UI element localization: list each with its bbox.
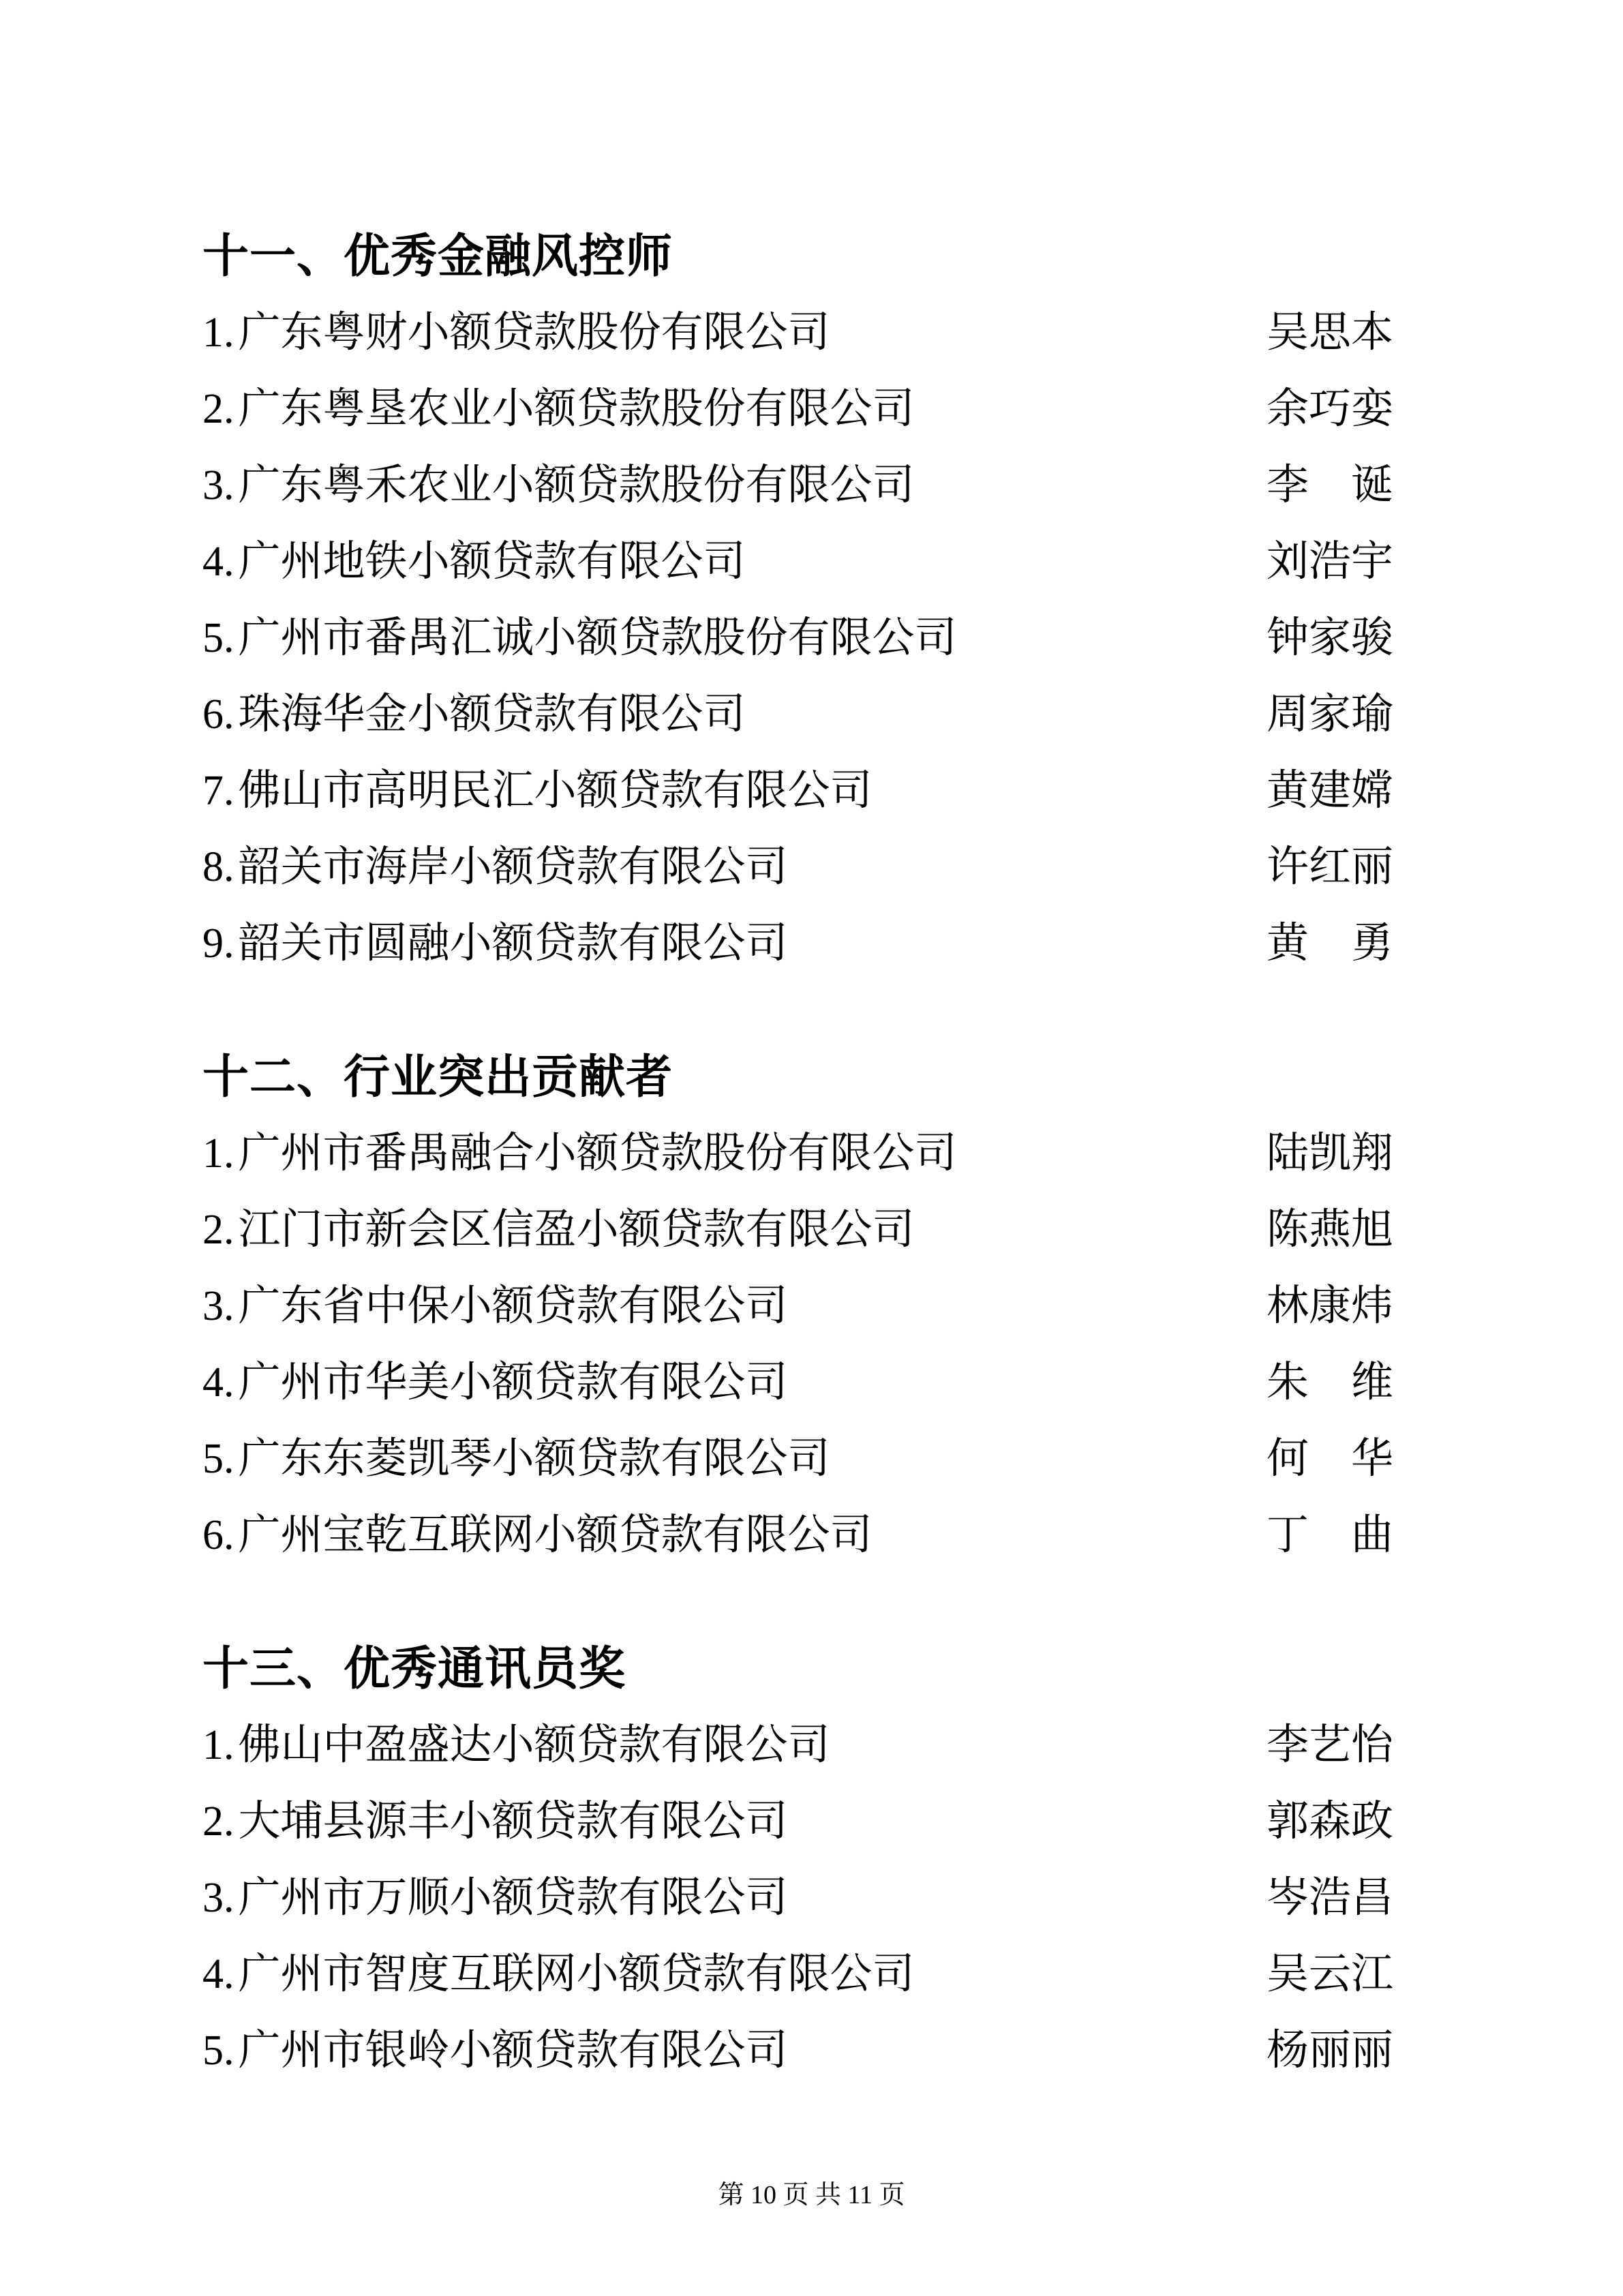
list-item: 4.广州市智度互联网小额贷款有限公司吴云江 xyxy=(202,1936,1423,2012)
item-number: 4. xyxy=(202,1344,234,1421)
company-name: 广东粤财小额贷款股份有限公司 xyxy=(239,309,830,356)
item-number: 4. xyxy=(202,524,234,600)
company-name: 大埔县源丰小额贷款有限公司 xyxy=(239,1798,788,1845)
company-name: 广州市万顺小额贷款有限公司 xyxy=(239,1875,788,1921)
page-footer: 第 10 页 共 11 页 xyxy=(0,2179,1623,2211)
item-number: 6. xyxy=(202,1497,234,1573)
winner-name: 钟家骏 xyxy=(1266,600,1393,676)
list-item: 7.佛山市高明民汇小额贷款有限公司黄建嫦 xyxy=(202,753,1423,829)
list-item: 5.广东东菱凯琴小额贷款有限公司何 华 xyxy=(202,1421,1423,1497)
item-number: 2. xyxy=(202,1192,234,1268)
winner-name: 刘浩宇 xyxy=(1266,524,1393,600)
document-page: 十一、优秀金融风控师1.广东粤财小额贷款股份有限公司吴思本2.广东粤垦农业小额贷… xyxy=(0,0,1623,2296)
winner-name: 陆凯翔 xyxy=(1266,1115,1393,1192)
item-number: 1. xyxy=(202,294,234,371)
list-item: 5.广州市银岭小额贷款有限公司杨丽丽 xyxy=(202,2012,1423,2089)
section-title: 十三、优秀通讯员奖 xyxy=(202,1631,1423,1707)
company-name: 广州市番禺汇诚小额贷款股份有限公司 xyxy=(239,615,957,661)
list-item: 4.广州地铁小额贷款有限公司刘浩宇 xyxy=(202,524,1423,600)
item-number: 9. xyxy=(202,905,234,982)
item-number: 2. xyxy=(202,1783,234,1860)
company-name: 广州市银岭小额贷款有限公司 xyxy=(239,2027,788,2074)
item-number: 6. xyxy=(202,676,234,753)
item-number: 5. xyxy=(202,2012,234,2089)
section-title: 十一、优秀金融风控师 xyxy=(202,218,1423,294)
winner-name: 朱 维 xyxy=(1266,1344,1393,1421)
list-item: 5.广州市番禺汇诚小额贷款股份有限公司钟家骏 xyxy=(202,600,1423,676)
list-item: 1.佛山中盈盛达小额贷款有限公司李艺怡 xyxy=(202,1707,1423,1783)
winner-name: 岑浩昌 xyxy=(1266,1860,1393,1936)
winner-name: 许红丽 xyxy=(1266,829,1393,905)
winner-name: 杨丽丽 xyxy=(1266,2012,1393,2089)
company-name: 江门市新会区信盈小额贷款有限公司 xyxy=(239,1207,915,1253)
list-item: 4.广州市华美小额贷款有限公司朱 维 xyxy=(202,1344,1423,1421)
item-number: 5. xyxy=(202,600,234,676)
item-number: 1. xyxy=(202,1115,234,1192)
list-item: 3.广东粤禾农业小额贷款股份有限公司李 诞 xyxy=(202,447,1423,524)
item-number: 4. xyxy=(202,1936,234,2012)
item-number: 7. xyxy=(202,753,234,829)
award-section: 十三、优秀通讯员奖1.佛山中盈盛达小额贷款有限公司李艺怡2.大埔县源丰小额贷款有… xyxy=(202,1631,1423,2089)
company-name: 广东粤垦农业小额贷款股份有限公司 xyxy=(239,386,915,432)
list-item: 9.韶关市圆融小额贷款有限公司黄 勇 xyxy=(202,905,1423,982)
award-section: 十二、行业突出贡献者1.广州市番禺融合小额贷款股份有限公司陆凯翔2.江门市新会区… xyxy=(202,1039,1423,1573)
winner-name: 周家瑜 xyxy=(1266,676,1393,753)
list-item: 1.广东粤财小额贷款股份有限公司吴思本 xyxy=(202,294,1423,371)
winner-name: 黄 勇 xyxy=(1266,905,1393,982)
list-item: 2.大埔县源丰小额贷款有限公司郭森政 xyxy=(202,1783,1423,1860)
winner-name: 陈燕旭 xyxy=(1266,1192,1393,1268)
company-name: 广州市智度互联网小额贷款有限公司 xyxy=(239,1951,915,1997)
winner-name: 郭森政 xyxy=(1266,1783,1393,1860)
company-name: 广州地铁小额贷款有限公司 xyxy=(239,539,746,585)
item-number: 3. xyxy=(202,1268,234,1344)
list-item: 3.广东省中保小额贷款有限公司林康炜 xyxy=(202,1268,1423,1344)
company-name: 佛山中盈盛达小额贷款有限公司 xyxy=(239,1722,830,1768)
list-item: 6.广州宝乾互联网小额贷款有限公司丁 曲 xyxy=(202,1497,1423,1573)
winner-name: 何 华 xyxy=(1266,1421,1393,1497)
winner-name: 黄建嫦 xyxy=(1266,753,1393,829)
winner-name: 丁 曲 xyxy=(1266,1497,1393,1573)
item-number: 2. xyxy=(202,371,234,447)
list-item: 8.韶关市海岸小额贷款有限公司许红丽 xyxy=(202,829,1423,905)
list-item: 3.广州市万顺小额贷款有限公司岑浩昌 xyxy=(202,1860,1423,1936)
winner-name: 李艺怡 xyxy=(1266,1707,1393,1783)
winner-name: 林康炜 xyxy=(1266,1268,1393,1344)
winner-name: 吴云江 xyxy=(1266,1936,1393,2012)
company-name: 广州市番禺融合小额贷款股份有限公司 xyxy=(239,1130,957,1177)
list-item: 6.珠海华金小额贷款有限公司周家瑜 xyxy=(202,676,1423,753)
company-name: 广东省中保小额贷款有限公司 xyxy=(239,1283,788,1329)
list-item: 1.广州市番禺融合小额贷款股份有限公司陆凯翔 xyxy=(202,1115,1423,1192)
company-name: 广东粤禾农业小额贷款股份有限公司 xyxy=(239,462,915,509)
section-title: 十二、行业突出贡献者 xyxy=(202,1039,1423,1115)
item-number: 3. xyxy=(202,1860,234,1936)
company-name: 佛山市高明民汇小额贷款有限公司 xyxy=(239,768,873,814)
winner-name: 李 诞 xyxy=(1266,447,1393,524)
list-item: 2.广东粤垦农业小额贷款股份有限公司余巧娈 xyxy=(202,371,1423,447)
company-name: 韶关市圆融小额贷款有限公司 xyxy=(239,920,788,967)
company-name: 广州宝乾互联网小额贷款有限公司 xyxy=(239,1512,873,1558)
winner-name: 吴思本 xyxy=(1266,294,1393,371)
item-number: 8. xyxy=(202,829,234,905)
item-number: 3. xyxy=(202,447,234,524)
company-name: 广州市华美小额贷款有限公司 xyxy=(239,1359,788,1406)
award-section: 十一、优秀金融风控师1.广东粤财小额贷款股份有限公司吴思本2.广东粤垦农业小额贷… xyxy=(202,218,1423,982)
award-list-content: 十一、优秀金融风控师1.广东粤财小额贷款股份有限公司吴思本2.广东粤垦农业小额贷… xyxy=(202,218,1423,2089)
item-number: 5. xyxy=(202,1421,234,1497)
winner-name: 余巧娈 xyxy=(1266,371,1393,447)
item-number: 1. xyxy=(202,1707,234,1783)
company-name: 广东东菱凯琴小额贷款有限公司 xyxy=(239,1436,830,1482)
company-name: 韶关市海岸小额贷款有限公司 xyxy=(239,844,788,890)
company-name: 珠海华金小额贷款有限公司 xyxy=(239,691,746,738)
list-item: 2.江门市新会区信盈小额贷款有限公司陈燕旭 xyxy=(202,1192,1423,1268)
